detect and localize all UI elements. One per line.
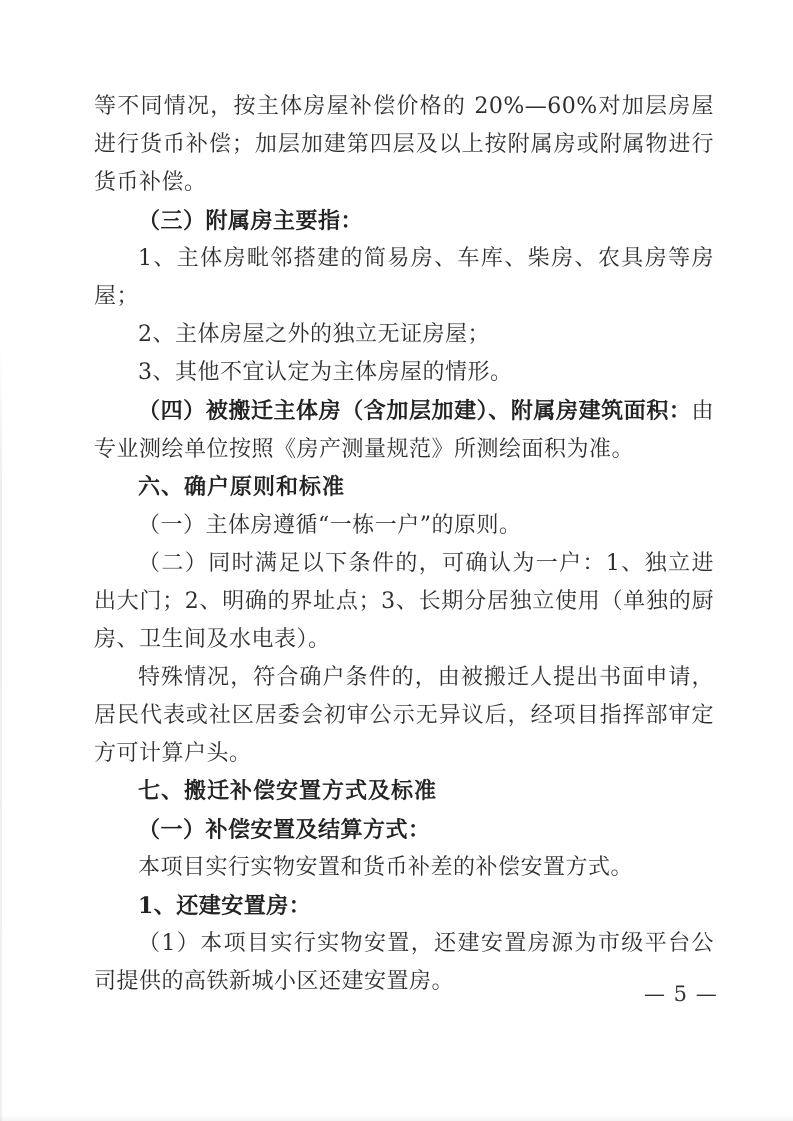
paragraph-text: （一）补偿安置及结算方式：	[138, 817, 431, 843]
paragraph-lead: （四）被搬迁主体房（含加层加建）、附属房建筑面积：	[138, 398, 691, 424]
paragraph-text: 六、确户原则和标准	[138, 475, 345, 500]
document-body: 等不同情况，按主体房屋补偿价格的 20%—60%对加层房屋进行货币补偿；加层加建…	[94, 88, 714, 1001]
scan-artifact-left-edge	[0, 340, 2, 1121]
paragraph: （一）补偿安置及结算方式：	[94, 811, 714, 849]
paragraph: 1、还建安置房：	[94, 887, 714, 925]
paragraph-text: （三）附属房主要指：	[138, 208, 363, 234]
paragraph-text: （1）本项目实行实物安置，还建安置房源为市级平台公司提供的高铁新城小区还建安置房…	[94, 931, 714, 994]
page-number: — 5 —	[644, 982, 714, 1006]
paragraph: （四）被搬迁主体房（含加层加建）、附属房建筑面积：由专业测绘单位按照《房产测量规…	[94, 392, 714, 469]
paragraph: 等不同情况，按主体房屋补偿价格的 20%—60%对加层房屋进行货币补偿；加层加建…	[94, 88, 714, 202]
paragraph-text: 2、主体房屋之外的独立无证房屋；	[138, 322, 490, 347]
paragraph: 六、确户原则和标准	[94, 469, 714, 507]
paragraph-text: 等不同情况，按主体房屋补偿价格的 20%—60%对加层房屋进行货币补偿；加层加建…	[94, 94, 714, 195]
paragraph-text: （一）主体房遵循“一栋一户”的原则。	[138, 513, 522, 538]
paragraph: 七、搬迁补偿安置方式及标准	[94, 773, 714, 811]
paragraph-text: 七、搬迁补偿安置方式及标准	[138, 779, 437, 804]
paragraph-text: （二）同时满足以下条件的，可确认为一户：1、独立进出大门；2、明确的界址点；3、…	[94, 551, 714, 652]
paragraph: 1、主体房毗邻搭建的简易房、车库、柴房、农具房等房屋；	[94, 240, 714, 316]
paragraph: 2、主体房屋之外的独立无证房屋；	[94, 316, 714, 354]
paragraph-text: 3、其他不宜认定为主体房屋的情形。	[138, 360, 513, 385]
paragraph-text: 特殊情况，符合确户条件的，由被搬迁人提出书面申请，居民代表或社区居委会初审公示无…	[94, 665, 714, 766]
scan-artifact-bottom-edge	[0, 1115, 793, 1121]
paragraph-text: 本项目实行实物安置和货币补差的补偿安置方式。	[138, 855, 633, 880]
paragraph: 本项目实行实物安置和货币补差的补偿安置方式。	[94, 849, 714, 887]
paragraph: （二）同时满足以下条件的，可确认为一户：1、独立进出大门；2、明确的界址点；3、…	[94, 545, 714, 659]
paragraph: （一）主体房遵循“一栋一户”的原则。	[94, 507, 714, 545]
document-page: { "page": { "number_label": "— 5 —" }, "…	[0, 0, 793, 1121]
paragraph-text: 1、主体房毗邻搭建的简易房、车库、柴房、农具房等房屋；	[94, 246, 714, 309]
paragraph: 3、其他不宜认定为主体房屋的情形。	[94, 354, 714, 392]
paragraph: （1）本项目实行实物安置，还建安置房源为市级平台公司提供的高铁新城小区还建安置房…	[94, 925, 714, 1001]
paragraph: 特殊情况，符合确户条件的，由被搬迁人提出书面申请，居民代表或社区居委会初审公示无…	[94, 659, 714, 773]
paragraph-text: 1、还建安置房：	[138, 893, 311, 919]
paragraph: （三）附属房主要指：	[94, 202, 714, 240]
